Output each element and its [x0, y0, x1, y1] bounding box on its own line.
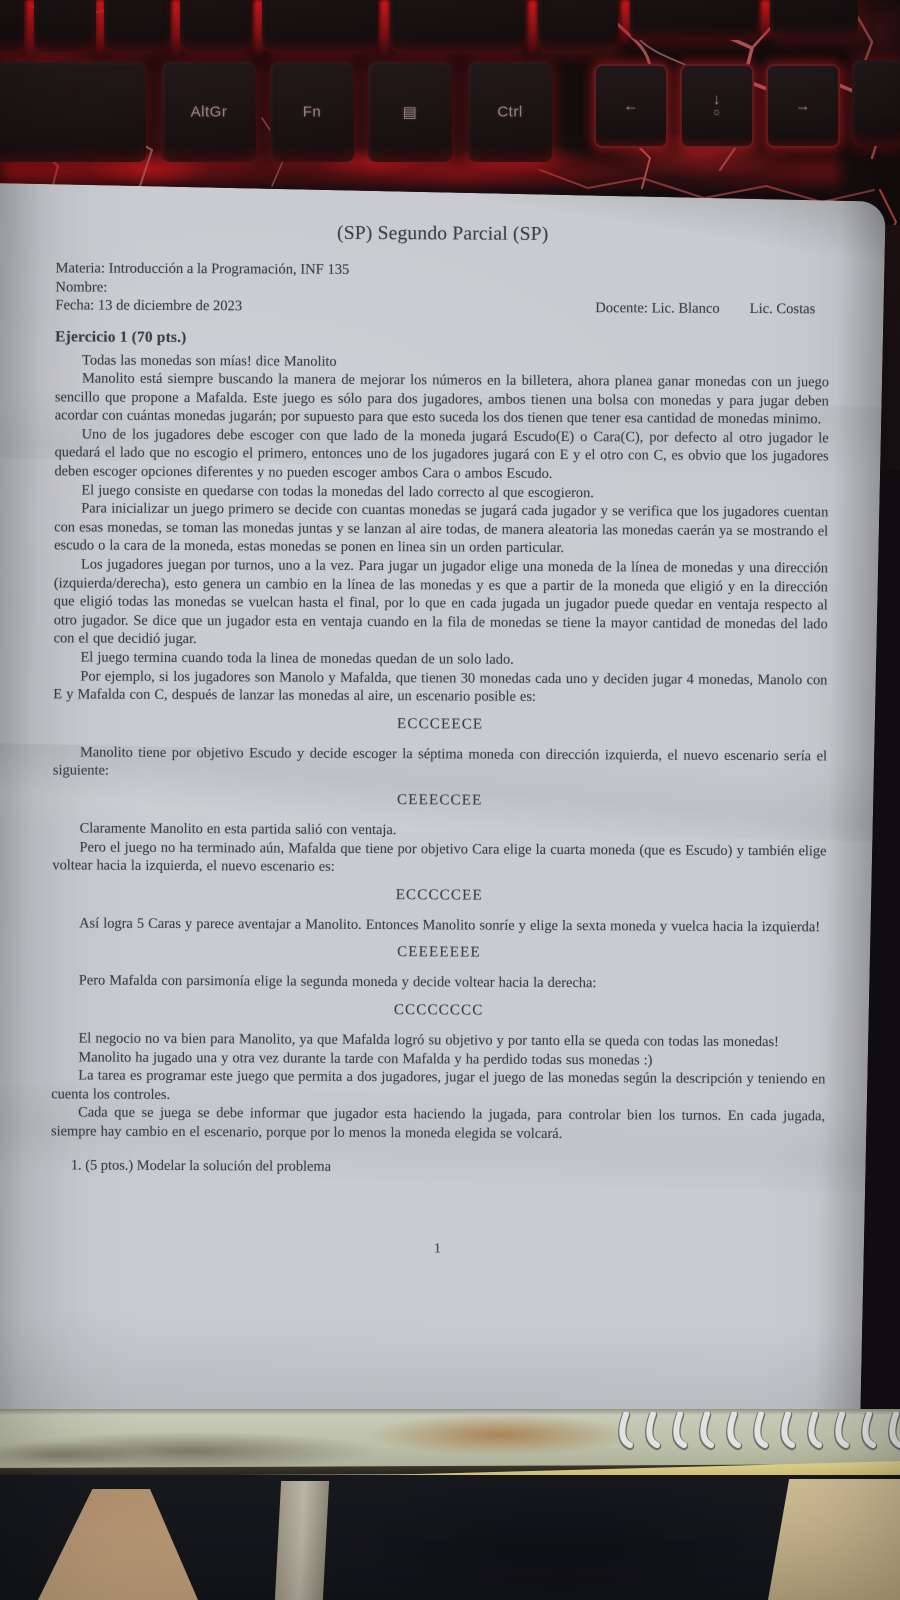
floor-and-legs [0, 1475, 900, 1600]
paragraph: La tarea es programar este juego que per… [51, 1066, 825, 1107]
paragraph: Los jugadores juegan por turnos, uno a l… [54, 555, 828, 652]
document-title: (SP) Segundo Parcial (SP) [56, 221, 830, 247]
meta-docente-2: Lic. Costas [750, 300, 816, 319]
exercise-item: 1. (5 ptos.) Modelar la solución del pro… [71, 1157, 825, 1178]
key-fn: Fn [270, 62, 354, 162]
document-meta: Materia: Introducción a la Programación,… [55, 259, 829, 319]
scenario-line: CCCCCCCC [52, 1000, 826, 1021]
context-menu-icon: ▤ [368, 103, 452, 121]
arrow-down-glyph: ↓ [713, 93, 721, 106]
exam-paper: (SP) Segundo Parcial (SP) Materia: Intro… [0, 183, 886, 1437]
floor-patch-right [768, 1479, 900, 1600]
key-ctrl-label: Ctrl [468, 104, 552, 121]
paragraph: Manolito está siempre buscando la manera… [55, 369, 829, 429]
arrow-down-icon: ↓ ☼ [680, 93, 754, 119]
page-number: 1 [50, 1238, 824, 1258]
arrow-right-icon: → [766, 98, 840, 115]
key-blank [262, 0, 378, 52]
key-fn-label: Fn [270, 104, 354, 121]
paragraph: Pero Mafalda con parsimonía elige la seg… [52, 972, 826, 995]
key-arrow-left: ← [594, 64, 668, 148]
key-blank [630, 0, 758, 40]
key-gap-glow [528, 0, 537, 56]
key-blank [770, 0, 858, 38]
paragraph: Manolito tiene por objetivo Escudo y dec… [53, 743, 827, 784]
key-ctrl: Ctrl [468, 62, 552, 162]
paragraph: Así logra 5 Caras y parece aventajar a M… [52, 914, 826, 937]
key-arrow-right: → [766, 64, 840, 148]
key-partial [0, 0, 24, 52]
scenario-line: ECCCCCEE [52, 885, 826, 906]
key-m: M [34, 0, 96, 52]
photo-exam-on-desk: M ↑ AltGr Fn ▤ Ctrl ← ↓ ☼ → (SP) Segundo… [0, 0, 900, 1600]
scenario-line: CEEECCEE [53, 790, 827, 811]
key-partial [852, 60, 900, 146]
key-arrow-up: ↑ [390, 0, 525, 52]
exercise-heading: Ejercicio 1 (70 pts.) [55, 328, 829, 350]
notebook-spiral-coils [614, 1412, 900, 1468]
scenario-line: ECCCEECE [53, 714, 827, 735]
scenario-line: CEEEEEEE [52, 943, 826, 964]
brightness-sun-icon: ☼ [712, 106, 723, 119]
key-blank [0, 62, 146, 162]
meta-docente: Docente: Lic. Blanco [595, 299, 720, 318]
key-blank [104, 0, 170, 52]
arrow-left-icon: ← [594, 98, 668, 115]
exam-document: (SP) Segundo Parcial (SP) Materia: Intro… [0, 183, 886, 1424]
key-gap-glow [380, 0, 389, 56]
paragraph: Para inicializar un juego primero se dec… [54, 500, 828, 560]
paragraph: Por ejemplo, si los jugadores son Manolo… [53, 667, 827, 708]
key-context-menu: ▤ [368, 62, 452, 162]
paragraph: Pero el juego no ha terminado aún, Mafal… [52, 838, 826, 879]
key-arrow-down: ↓ ☼ [680, 64, 754, 148]
key-blank [180, 0, 252, 52]
key-blank [538, 0, 618, 52]
key-gap-glow [761, 0, 770, 40]
floor-patch-left [38, 1489, 198, 1600]
paragraph: Cada que se juega se debe informar que j… [51, 1104, 825, 1145]
key-altgr: AltGr [162, 62, 256, 162]
key-gap-glow [621, 0, 630, 44]
table-leg [275, 1481, 329, 1600]
key-altgr-label: AltGr [162, 104, 256, 121]
paragraph: Uno de los jugadores debe escoger con qu… [54, 425, 828, 485]
meta-docente-row: Docente: Lic. Blanco Lic. Costas [595, 299, 815, 319]
